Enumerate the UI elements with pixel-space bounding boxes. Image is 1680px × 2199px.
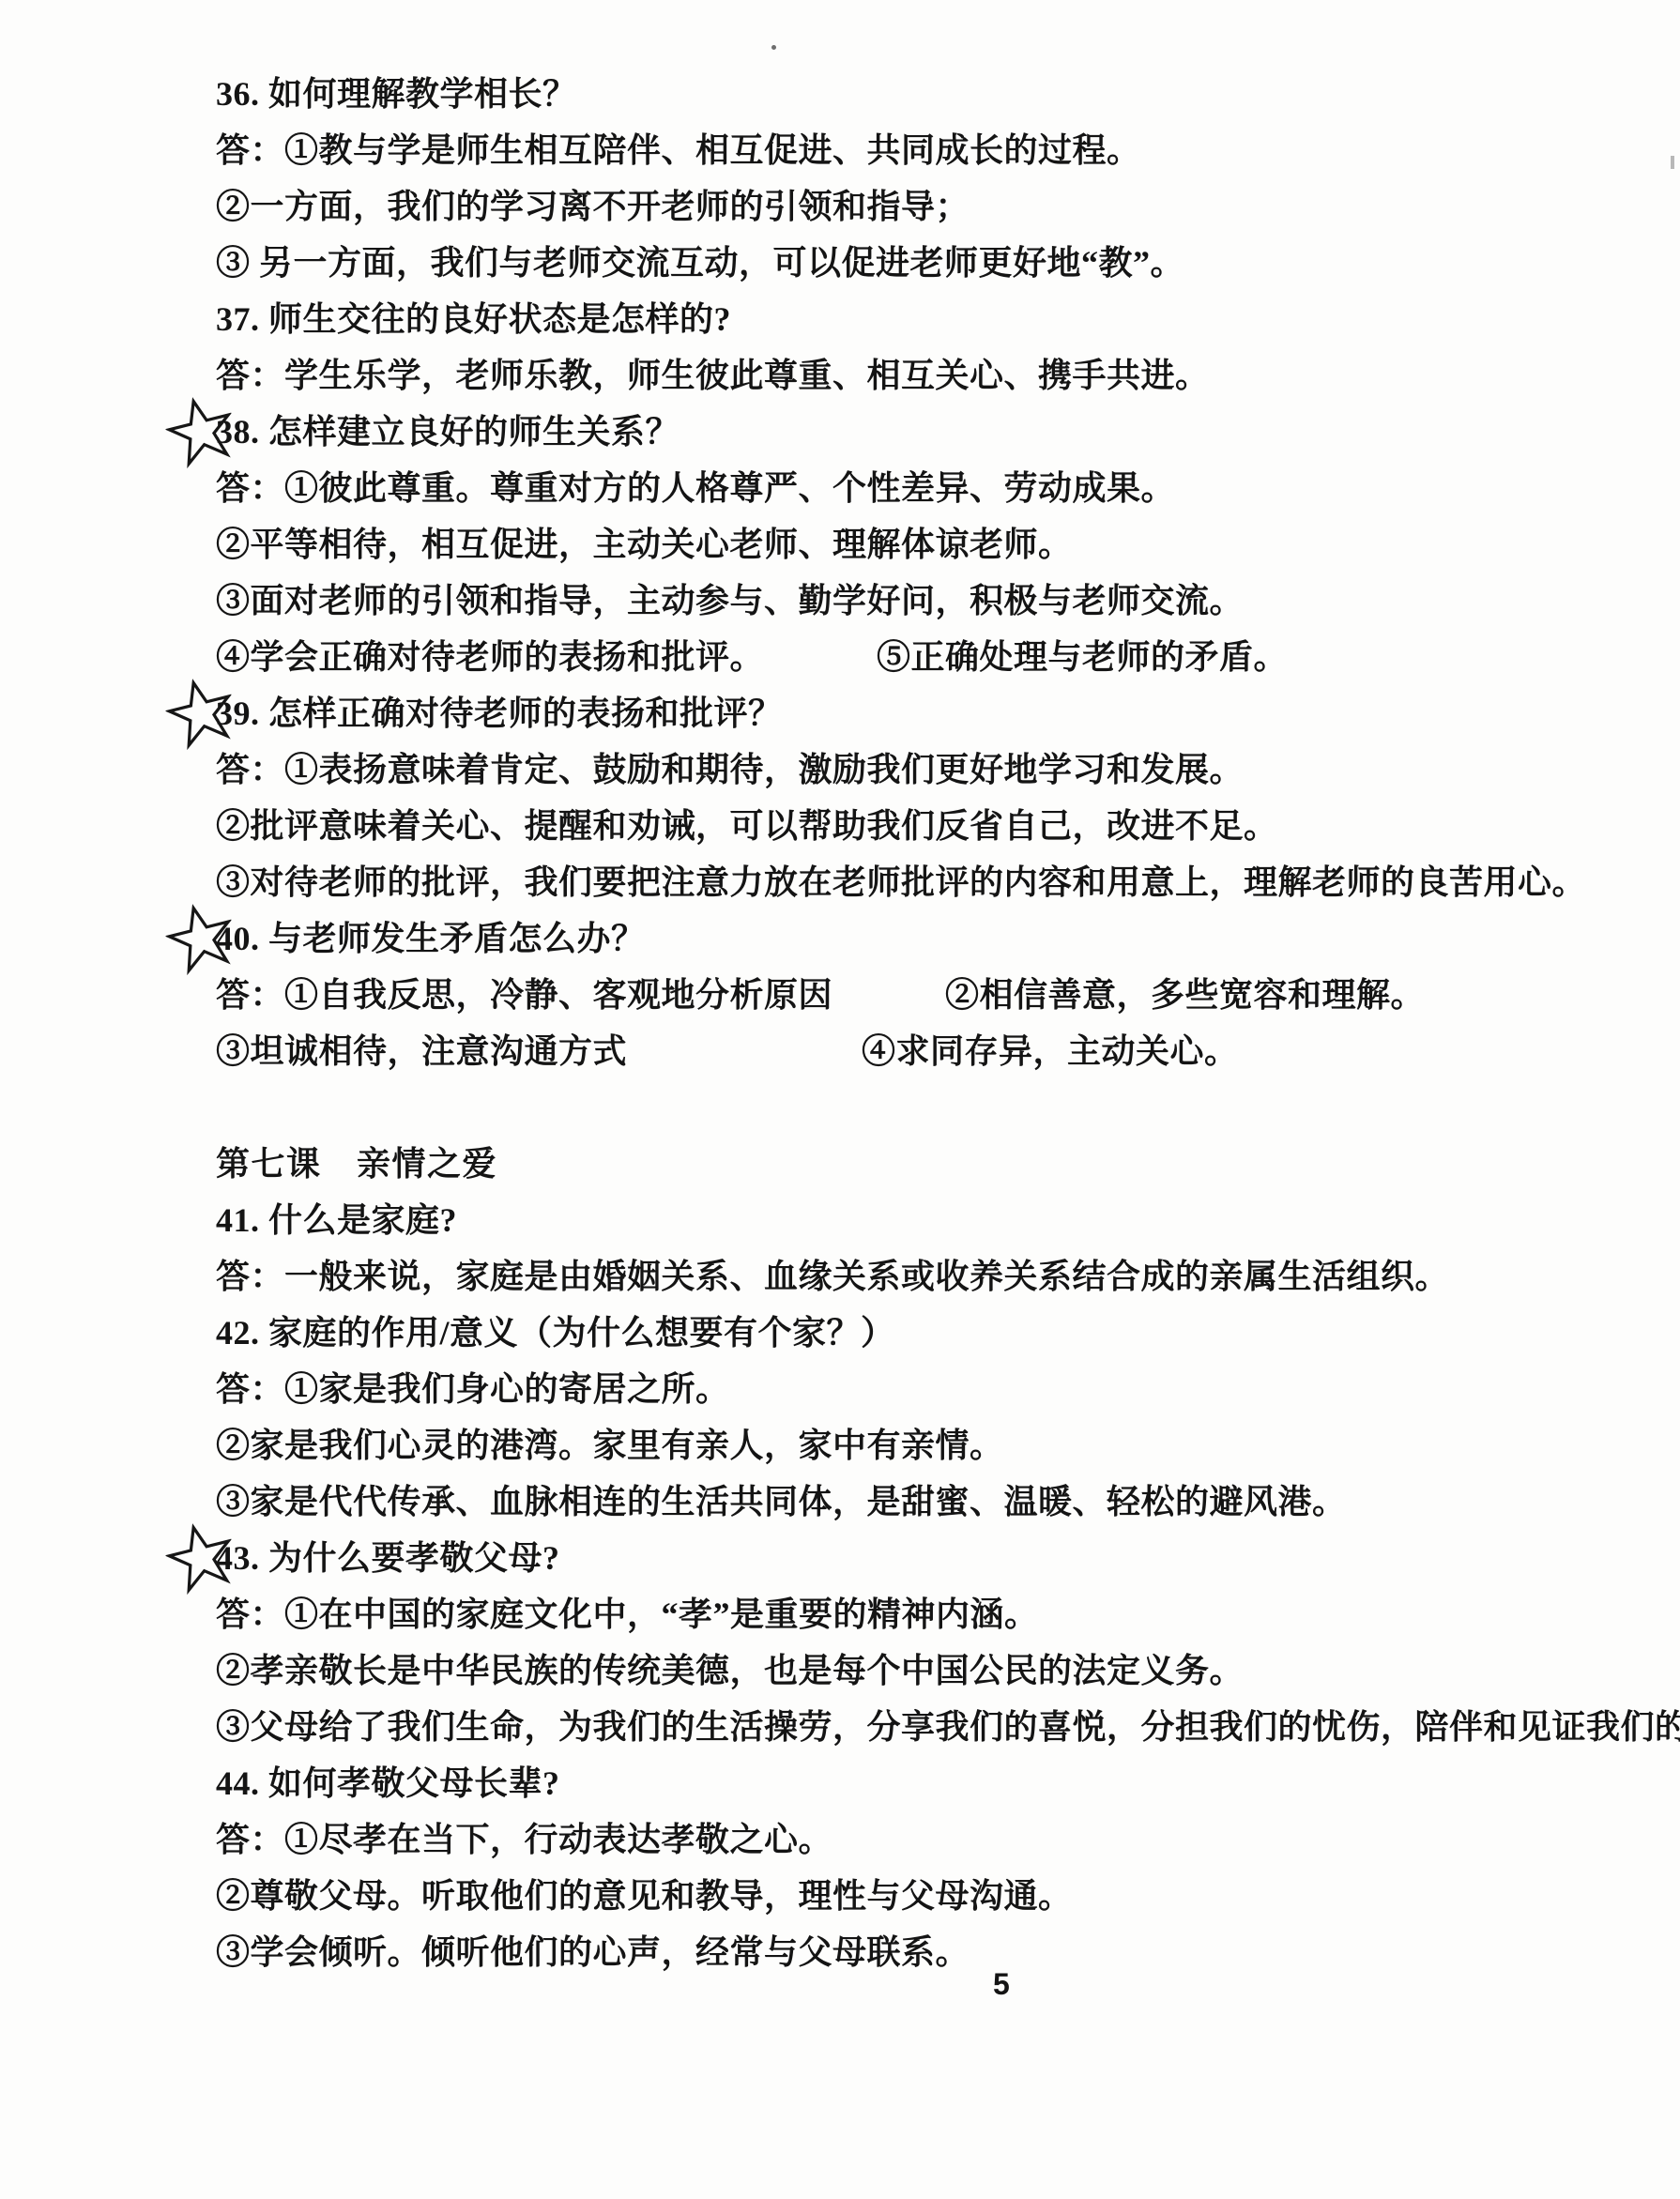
text-line: 37. 师生交往的良好状态是怎样的? (216, 291, 1680, 347)
text-segment: ②尊敬父母。听取他们的意见和教导，理性与父母沟通。 (216, 1868, 1073, 1924)
text-line: 答：①教与学是师生相互陪伴、相互促进、共同成长的过程。 (216, 122, 1680, 178)
text-line: ②家是我们心灵的港湾。家里有亲人，家中有亲情。 (216, 1417, 1680, 1474)
text-segment: 答：①自我反思，冷静、客观地分析原因 (216, 967, 832, 1023)
scan-artifact-mark (1671, 156, 1674, 169)
text-segment: ③ 另一方面，我们与老师交流互动，可以促进老师更好地“教”。 (216, 235, 1184, 291)
text-line: 40. 与老师发生矛盾怎么办？ (216, 910, 1680, 967)
text-segment: 答：①彼此尊重。尊重对方的人格尊严、个性差异、劳动成果。 (216, 460, 1175, 516)
text-line: ④学会正确对待老师的表扬和批评。⑤正确处理与老师的矛盾。 (216, 629, 1680, 685)
text-segment: ②一方面，我们的学习离不开老师的引领和指导； (216, 178, 970, 235)
text-segment: 答：一般来说，家庭是由婚姻关系、血缘关系或收养关系结合成的亲属生活组织。 (216, 1248, 1449, 1305)
text-segment: ②平等相待，相互促进，主动关心老师、理解体谅老师。 (216, 516, 1073, 573)
text-segment: 43. 为什么要孝敬父母? (216, 1530, 560, 1586)
text-segment: 答：①家是我们身心的寄居之所。 (216, 1361, 730, 1417)
text-segment: ③坦诚相待，注意沟通方式 (216, 1023, 627, 1079)
text-line: 答：一般来说，家庭是由婚姻关系、血缘关系或收养关系结合成的亲属生活组织。 (216, 1248, 1680, 1305)
text-segment: 答：①在中国的家庭文化中，“孝”是重要的精神内涵。 (216, 1586, 1039, 1642)
text-segment: 答：学生乐学，老师乐教，师生彼此尊重、相互关心、携手共进。 (216, 347, 1210, 404)
text-segment: 44. 如何孝敬父母长辈? (216, 1755, 560, 1811)
text-line: 44. 如何孝敬父母长辈? (216, 1755, 1680, 1811)
text-line: 42. 家庭的作用/意义（为什么想要有个家？） (216, 1305, 1680, 1361)
text-line: ②批评意味着关心、提醒和劝诫，可以帮助我们反省自己，改进不足。 (216, 798, 1680, 854)
text-line: ②尊敬父母。听取他们的意见和教导，理性与父母沟通。 (216, 1868, 1680, 1924)
text-segment: 38. 怎样建立良好的师生关系？ (216, 404, 680, 460)
text-segment: ②相信善意，多些宽容和理解。 (945, 967, 1425, 1023)
text-segment: 42. 家庭的作用/意义（为什么想要有个家？） (216, 1305, 895, 1361)
text-segment: 37. 师生交往的良好状态是怎样的? (216, 291, 731, 347)
text-segment: ②家是我们心灵的港湾。家里有亲人，家中有亲情。 (216, 1417, 1004, 1474)
blank-line (216, 1079, 1680, 1136)
text-segment: ④求同存异，主动关心。 (862, 1023, 1239, 1079)
text-line: 39. 怎样正确对待老师的表扬和批评？ (216, 685, 1680, 741)
text-line: ②平等相待，相互促进，主动关心老师、理解体谅老师。 (216, 516, 1680, 573)
text-segment: ③学会倾听。倾听他们的心声，经常与父母联系。 (216, 1924, 970, 1980)
text-segment: ③家是代代传承、血脉相连的生活共同体，是甜蜜、温暖、轻松的避风港。 (216, 1474, 1347, 1530)
text-line: ③坦诚相待，注意沟通方式④求同存异，主动关心。 (216, 1023, 1680, 1079)
text-line: ③对待老师的批评，我们要把注意力放在老师批评的内容和用意上，理解老师的良苦用心。 (216, 854, 1680, 910)
text-segment: 41. 什么是家庭? (216, 1192, 457, 1248)
section-heading: 第七课 亲情之爱 (216, 1136, 1680, 1192)
text-line: ③学会倾听。倾听他们的心声，经常与父母联系。 (216, 1924, 1680, 1980)
text-line: 答：①在中国的家庭文化中，“孝”是重要的精神内涵。 (216, 1586, 1680, 1642)
text-line: 答：①表扬意味着肯定、鼓励和期待，激励我们更好地学习和发展。 (216, 741, 1680, 798)
text-segment: 39. 怎样正确对待老师的表扬和批评？ (216, 685, 783, 741)
text-segment: 答：①尽孝在当下，行动表达孝敬之心。 (216, 1811, 832, 1868)
text-segment: ④学会正确对待老师的表扬和批评。 (216, 629, 764, 685)
text-segment: ③面对老师的引领和指导，主动参与、勤学好问，积极与老师交流。 (216, 573, 1244, 629)
text-line: ③面对老师的引领和指导，主动参与、勤学好问，积极与老师交流。 (216, 573, 1680, 629)
text-line: 答：①尽孝在当下，行动表达孝敬之心。 (216, 1811, 1680, 1868)
text-segment: 答：①教与学是师生相互陪伴、相互促进、共同成长的过程。 (216, 122, 1141, 178)
scan-artifact-dot (771, 45, 776, 50)
text-segment: ②批评意味着关心、提醒和劝诫，可以帮助我们反省自己，改进不足。 (216, 798, 1278, 854)
text-segment: ⑤正确处理与老师的矛盾。 (877, 629, 1288, 685)
text-line: 答：①家是我们身心的寄居之所。 (216, 1361, 1680, 1417)
scanned-document-page: 36. 如何理解教学相长？答：①教与学是师生相互陪伴、相互促进、共同成长的过程。… (0, 0, 1680, 2199)
text-line: 答：学生乐学，老师乐教，师生彼此尊重、相互关心、携手共进。 (216, 347, 1680, 404)
text-line: 41. 什么是家庭? (216, 1192, 1680, 1248)
text-segment: 第七课 亲情之爱 (216, 1136, 497, 1192)
text-line: 36. 如何理解教学相长？ (216, 66, 1680, 122)
document-content: 36. 如何理解教学相长？答：①教与学是师生相互陪伴、相互促进、共同成长的过程。… (216, 66, 1680, 1980)
text-line: 答：①自我反思，冷静、客观地分析原因②相信善意，多些宽容和理解。 (216, 967, 1680, 1023)
text-line: 答：①彼此尊重。尊重对方的人格尊严、个性差异、劳动成果。 (216, 460, 1680, 516)
text-line: ③父母给了我们生命，为我们的生活操劳，分享我们的喜悦，分担我们的忧伤，陪伴和见证… (216, 1699, 1680, 1755)
text-line: ②孝亲敬长是中华民族的传统美德，也是每个中国公民的法定义务。 (216, 1642, 1680, 1699)
text-line: ②一方面，我们的学习离不开老师的引领和指导； (216, 178, 1680, 235)
text-segment: ③父母给了我们生命，为我们的生活操劳，分享我们的喜悦，分担我们的忧伤，陪伴和见证… (216, 1699, 1680, 1755)
text-line: 43. 为什么要孝敬父母? (216, 1530, 1680, 1586)
text-line: ③家是代代传承、血脉相连的生活共同体，是甜蜜、温暖、轻松的避风港。 (216, 1474, 1680, 1530)
text-line: 38. 怎样建立良好的师生关系？ (216, 404, 1680, 460)
page-number: 5 (993, 1967, 1010, 2002)
text-segment: 答：①表扬意味着肯定、鼓励和期待，激励我们更好地学习和发展。 (216, 741, 1244, 798)
text-segment: ③对待老师的批评，我们要把注意力放在老师批评的内容和用意上，理解老师的良苦用心。 (216, 854, 1586, 910)
text-segment: ②孝亲敬长是中华民族的传统美德，也是每个中国公民的法定义务。 (216, 1642, 1244, 1699)
text-segment: 40. 与老师发生矛盾怎么办？ (216, 910, 646, 967)
text-line: ③ 另一方面，我们与老师交流互动，可以促进老师更好地“教”。 (216, 235, 1680, 291)
text-segment: 36. 如何理解教学相长？ (216, 66, 577, 122)
